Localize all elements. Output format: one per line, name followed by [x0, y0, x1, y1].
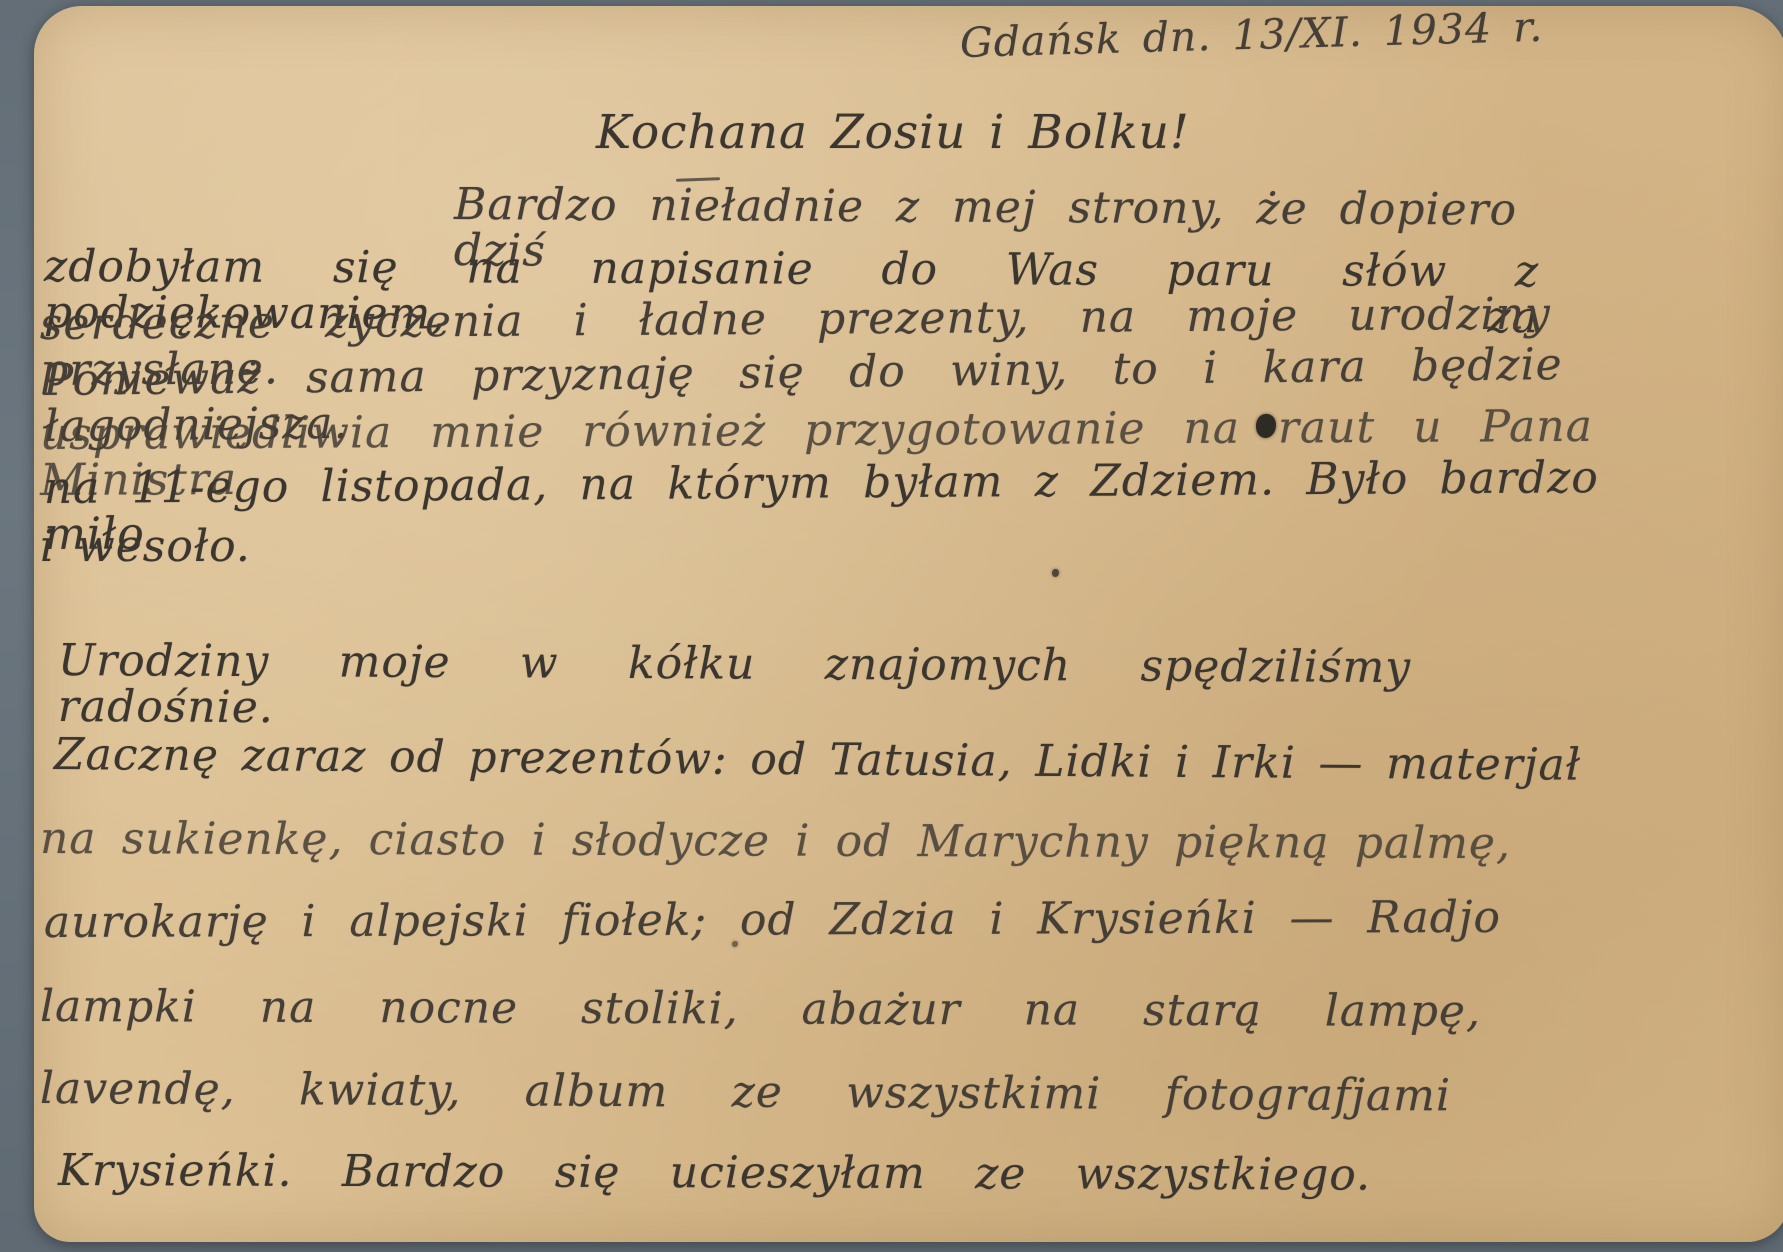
handwriting-line: Urodziny moje w kółku znajomych spędzili… — [58, 638, 1411, 737]
place-date-line: Gdańsk dn. 13/XI. 1934 r. — [959, 6, 1543, 65]
handwriting-line: i wesoło. — [40, 524, 251, 570]
scanned-postcard-page: { "background_color": "#6b767f", "paper"… — [0, 0, 1783, 1252]
handwriting-line: lampki na nocne stoliki, abażur na starą… — [40, 984, 1481, 1035]
handwriting-line: lavendę, kwiaty, album ze wszystkimi fot… — [40, 1066, 1451, 1120]
handwriting-line: na 11-ego listopada, na którym byłam z Z… — [44, 455, 1600, 558]
ink-blot — [732, 941, 738, 947]
handwriting-line: aurokarję i alpejski fiołek; od Zdzia i … — [44, 895, 1501, 946]
salutation-line: Kochana Zosiu i Bolku! — [596, 108, 1190, 157]
postcard: Gdańsk dn. 13/XI. 1934 r. Kochana Zosiu … — [34, 6, 1783, 1242]
handwriting-line: na sukienkę, ciasto i słodycze i od Mary… — [40, 816, 1511, 867]
ink-blot — [1052, 569, 1059, 577]
handwriting-line: Krysieńki. Bardzo się ucieszyłam ze wszy… — [58, 1148, 1371, 1199]
handwriting-line: Zacznę zaraz od prezentów: od Tatusia, L… — [54, 732, 1581, 789]
